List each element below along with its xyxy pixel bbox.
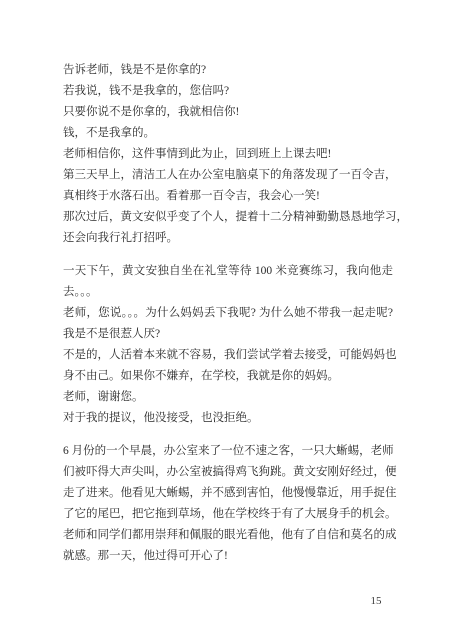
paragraph: 钱，不是我拿的。 bbox=[63, 123, 393, 144]
document-page: 告诉老师，钱是不是你拿的?若我说，钱不是我拿的，您信吗?只要你说不是你拿的，我就… bbox=[0, 0, 450, 640]
text-line: 钱，不是我拿的。 bbox=[63, 123, 393, 144]
text-line: 了它的尾巴，把它拖到草场，他在学校终于有了大展身手的机会。 bbox=[63, 504, 393, 525]
paragraph: 一天下午，黄文安独自坐在礼堂等待 100 米竞赛练习，我向他走去。。。 bbox=[63, 261, 393, 303]
text-line: 真相终于水落石出。看着那一百令吉，我会心一笑! bbox=[63, 186, 393, 207]
text-line: 还会向我行礼打招呼。 bbox=[63, 228, 393, 249]
text-line: 老师，谢谢您。 bbox=[63, 387, 393, 408]
text-block: 6 月份的一个早晨，办公室来了一位不速之客，一只大蜥蜴，老师们被吓得大声尖叫，办… bbox=[63, 441, 393, 567]
paragraph: 老师，谢谢您。 bbox=[63, 387, 393, 408]
paragraph: 第三天早上，清洁工人在办公室电脑桌下的角落发现了一百令吉，真相终于水落石出。看着… bbox=[63, 165, 393, 207]
text-line: 一天下午，黄文安独自坐在礼堂等待 100 米竞赛练习，我向他走 bbox=[63, 261, 393, 282]
text-body: 告诉老师，钱是不是你拿的?若我说，钱不是我拿的，您信吗?只要你说不是你拿的，我就… bbox=[63, 60, 393, 567]
text-block: 一天下午，黄文安独自坐在礼堂等待 100 米竞赛练习，我向他走去。。。老师，您说… bbox=[63, 261, 393, 429]
paragraph: 老师相信你，这件事情到此为止，回到班上上课去吧! bbox=[63, 144, 393, 165]
paragraph: 告诉老师，钱是不是你拿的? bbox=[63, 60, 393, 81]
text-line: 第三天早上，清洁工人在办公室电脑桌下的角落发现了一百令吉， bbox=[63, 165, 393, 186]
text-line: 老师，您说。。。为什么妈妈丢下我呢? 为什么她不带我一起走呢? bbox=[63, 303, 393, 324]
text-block: 告诉老师，钱是不是你拿的?若我说，钱不是我拿的，您信吗?只要你说不是你拿的，我就… bbox=[63, 60, 393, 249]
text-line: 若我说，钱不是我拿的，您信吗? bbox=[63, 81, 393, 102]
paragraph: 那次过后，黄文安似乎变了个人，提着十二分精神勤勤恳恳地学习，还会向我行礼打招呼。 bbox=[63, 207, 393, 249]
text-line: 只要你说不是你拿的，我就相信你! bbox=[63, 102, 393, 123]
paragraph: 6 月份的一个早晨，办公室来了一位不速之客，一只大蜥蜴，老师们被吓得大声尖叫，办… bbox=[63, 441, 393, 567]
text-line: 就感。那一天，他过得可开心了! bbox=[63, 546, 393, 567]
paragraph: 对于我的提议，他没接受，也没拒绝。 bbox=[63, 408, 393, 429]
text-line: 去。。。 bbox=[63, 282, 393, 303]
text-line: 6 月份的一个早晨，办公室来了一位不速之客，一只大蜥蜴，老师 bbox=[63, 441, 393, 462]
paragraph: 老师，您说。。。为什么妈妈丢下我呢? 为什么她不带我一起走呢?我是不是很惹人厌? bbox=[63, 303, 393, 345]
paragraph: 只要你说不是你拿的，我就相信你! bbox=[63, 102, 393, 123]
text-line: 老师和同学们都用崇拜和佩服的眼光看他，他有了自信和莫名的成 bbox=[63, 525, 393, 546]
page-number: 15 bbox=[364, 591, 388, 612]
text-line: 对于我的提议，他没接受，也没拒绝。 bbox=[63, 408, 393, 429]
text-line: 老师相信你，这件事情到此为止，回到班上上课去吧! bbox=[63, 144, 393, 165]
text-line: 我是不是很惹人厌? bbox=[63, 324, 393, 345]
paragraph: 若我说，钱不是我拿的，您信吗? bbox=[63, 81, 393, 102]
text-line: 不是的，人活着本来就不容易，我们尝试学着去接受，可能妈妈也 bbox=[63, 345, 393, 366]
text-line: 身不由己。如果你不嫌弃，在学校，我就是你的妈妈。 bbox=[63, 366, 393, 387]
text-line: 走了进来。他看见大蜥蜴，并不感到害怕，他慢慢靠近，用手捉住 bbox=[63, 483, 393, 504]
text-line: 们被吓得大声尖叫，办公室被搞得鸡飞狗跳。黄文安刚好经过，便 bbox=[63, 462, 393, 483]
text-line: 告诉老师，钱是不是你拿的? bbox=[63, 60, 393, 81]
text-line: 那次过后，黄文安似乎变了个人，提着十二分精神勤勤恳恳地学习， bbox=[63, 207, 393, 228]
paragraph: 不是的，人活着本来就不容易，我们尝试学着去接受，可能妈妈也身不由己。如果你不嫌弃… bbox=[63, 345, 393, 387]
